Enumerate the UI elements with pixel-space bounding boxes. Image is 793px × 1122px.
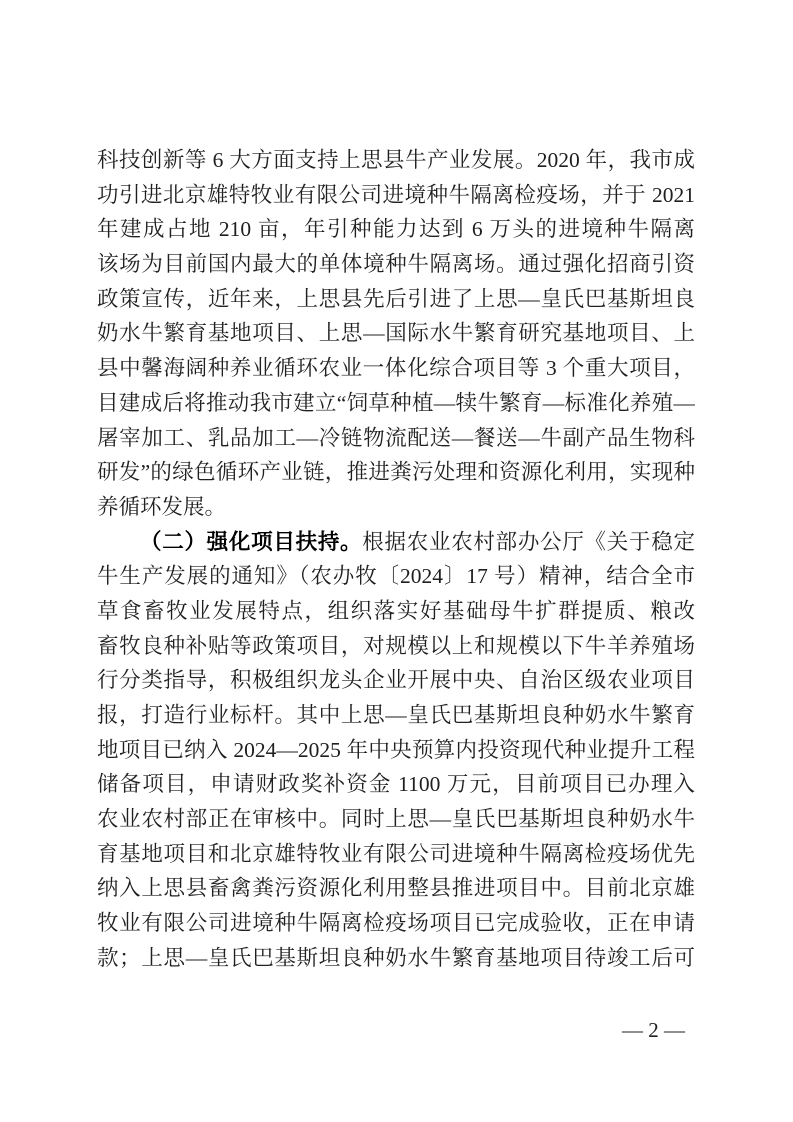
document-page: 科技创新等 6 大方面支持上思县牛产业发展。2020 年，我市成 功引进北京雄特… — [0, 0, 793, 1122]
body-line: 牛生产发展的通知》（农办牧〔2024〕17 号）精神，结合全市 — [97, 559, 695, 594]
body-line: 研发”的绿色循环产业链，推进粪污处理和资源化利用，实现种 — [97, 455, 695, 490]
paragraph-last-line: 养循环发展。 — [97, 490, 695, 525]
body-line: 储备项目，申请财政奖补资金 1100 万元，目前项目已办理入库， — [97, 767, 695, 802]
section-heading: （二）强化项目扶持。 — [140, 530, 362, 554]
body-line-with-heading: （二）强化项目扶持。根据农业农村部办公厅《关于稳定肉 — [97, 525, 695, 560]
body-line: 纳入上思县畜禽粪污资源化利用整县推进项目中。目前北京雄特 — [97, 871, 695, 906]
body-line: 县中馨海阔种养业循环农业一体化综合项目等 3 个重大项目，项 — [97, 351, 695, 386]
body-line: 科技创新等 6 大方面支持上思县牛产业发展。2020 年，我市成 — [97, 143, 695, 178]
body-line: 目建成后将推动我市建立“饲草种植—犊牛繁育—标准化养殖— — [97, 386, 695, 421]
body-line: 地项目已纳入 2024—2025 年中央预算内投资现代种业提升工程 — [97, 733, 695, 768]
body-line: 政策宣传，近年来，上思县先后引进了上思—皇氏巴基斯坦良种 — [97, 282, 695, 317]
body-line: 年建成占地 210 亩，年引种能力达到 6 万头的进境种牛隔离场， — [97, 212, 695, 247]
body-line: 草食畜牧业发展特点，组织落实好基础母牛扩群提质、粮改饲、 — [97, 594, 695, 629]
body-line: 屠宰加工、乳品加工—冷链物流配送—餐送—牛副产品生物科技 — [97, 421, 695, 456]
body-line: 畜牧良种补贴等政策项目，对规模以上和规模以下牛羊养殖场进 — [97, 629, 695, 664]
body-line: 农业农村部正在审核中。同时上思—皇氏巴基斯坦良种奶水牛繁 — [97, 802, 695, 837]
body-line: 牧业有限公司进境种牛隔离检疫场项目已完成验收，正在申请拨 — [97, 906, 695, 941]
body-line: 功引进北京雄特牧业有限公司进境种牛隔离检疫场，并于 2021 — [97, 178, 695, 213]
body-line: 奶水牛繁育基地项目、上思—国际水牛繁育研究基地项目、上思 — [97, 316, 695, 351]
document-body: 科技创新等 6 大方面支持上思县牛产业发展。2020 年，我市成 功引进北京雄特… — [97, 143, 695, 976]
body-line: 报，打造行业标杆。其中上思—皇氏巴基斯坦良种奶水牛繁育基 — [97, 698, 695, 733]
page-number: — 2 — — [97, 1015, 695, 1045]
body-line: 行分类指导，积极组织龙头企业开展中央、自治区级农业项目申 — [97, 663, 695, 698]
body-line: 该场为目前国内最大的单体境种牛隔离场。通过强化招商引资和 — [97, 247, 695, 282]
body-line: 款；上思—皇氏巴基斯坦良种奶水牛繁育基地项目待竣工后可以 — [97, 941, 695, 976]
body-line: 育基地项目和北京雄特牧业有限公司进境种牛隔离检疫场优先 — [97, 837, 695, 872]
